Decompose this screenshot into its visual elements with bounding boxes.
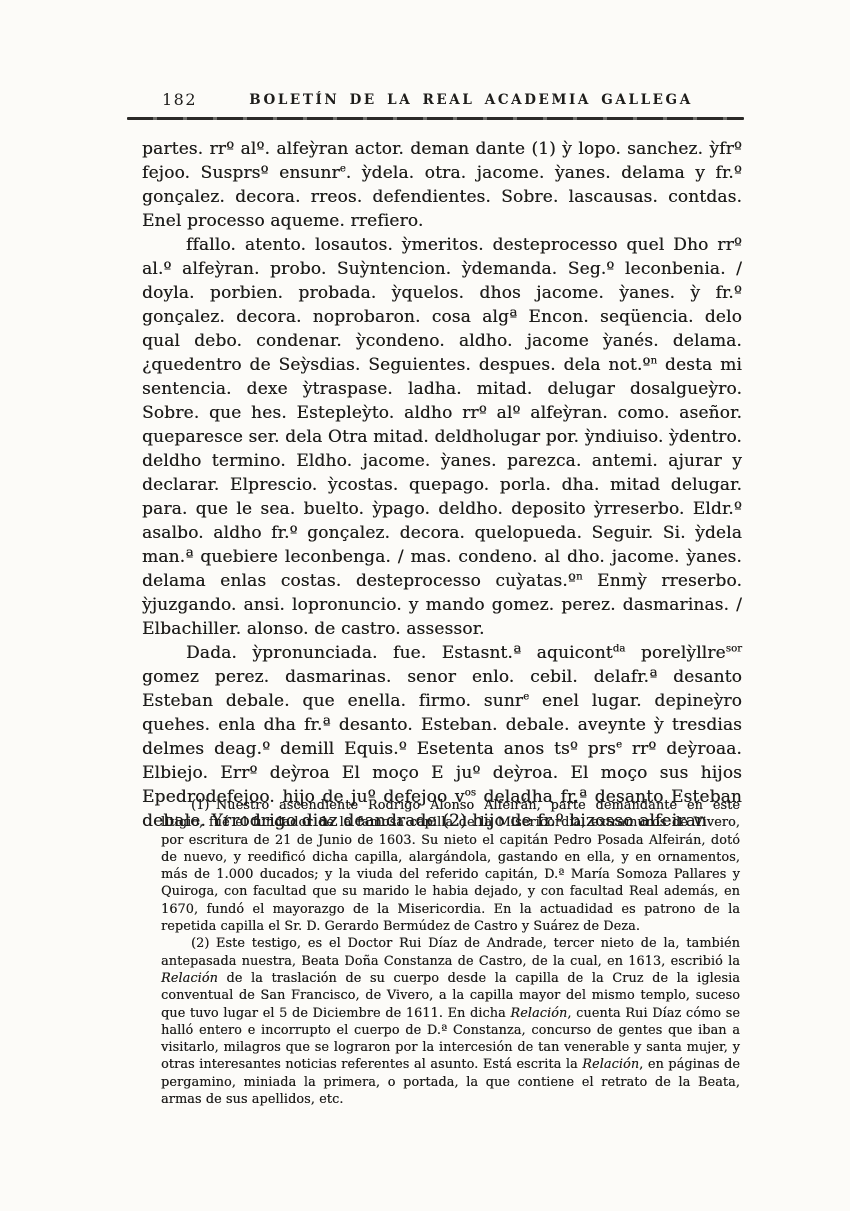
text-run: (1) Nuestro ascendiente Rodrigo Alonso A… <box>161 798 740 934</box>
footnote-2: (2) Este testigo, es el Doctor Rui Díaz … <box>161 935 740 1108</box>
text-run: (2) Este testigo, es el Doctor Rui Díaz … <box>161 936 740 968</box>
text-run: desta mi sentencia. dexe ỳtraspase. ladh… <box>142 355 742 591</box>
italic-text: Relación <box>510 1006 567 1021</box>
page-header: 182 BOLETÍN DE LA REAL ACADEMIA GALLEGA <box>130 89 742 111</box>
page-number: 182 <box>162 90 197 109</box>
text-run: porelỳllre <box>625 643 725 663</box>
body-paragraph-2: ffallo. atento. losautos. ỳmeritos. dest… <box>142 233 742 641</box>
header-rule <box>127 117 744 120</box>
footnote-1: (1) Nuestro ascendiente Rodrigo Alonso A… <box>161 797 740 935</box>
text-run: Dada. ỳpronunciada. fue. Estasnt.ª aquic… <box>186 643 613 663</box>
superscript-text: sor <box>726 643 742 654</box>
document-page: 182 BOLETÍN DE LA REAL ACADEMIA GALLEGA … <box>0 0 850 1211</box>
body-text: partes. rrº alº. alfeỳran actor. deman d… <box>142 137 742 833</box>
text-run: ffallo. atento. losautos. ỳmeritos. dest… <box>142 235 742 375</box>
italic-text: Relación <box>161 971 218 986</box>
superscript-text: da <box>613 643 626 654</box>
body-paragraph-1: partes. rrº alº. alfeỳran actor. deman d… <box>142 137 742 233</box>
journal-title: BOLETÍN DE LA REAL ACADEMIA GALLEGA <box>200 92 742 108</box>
footnotes-section: (1) Nuestro ascendiente Rodrigo Alonso A… <box>161 797 740 1108</box>
italic-text: Relación <box>582 1057 639 1072</box>
